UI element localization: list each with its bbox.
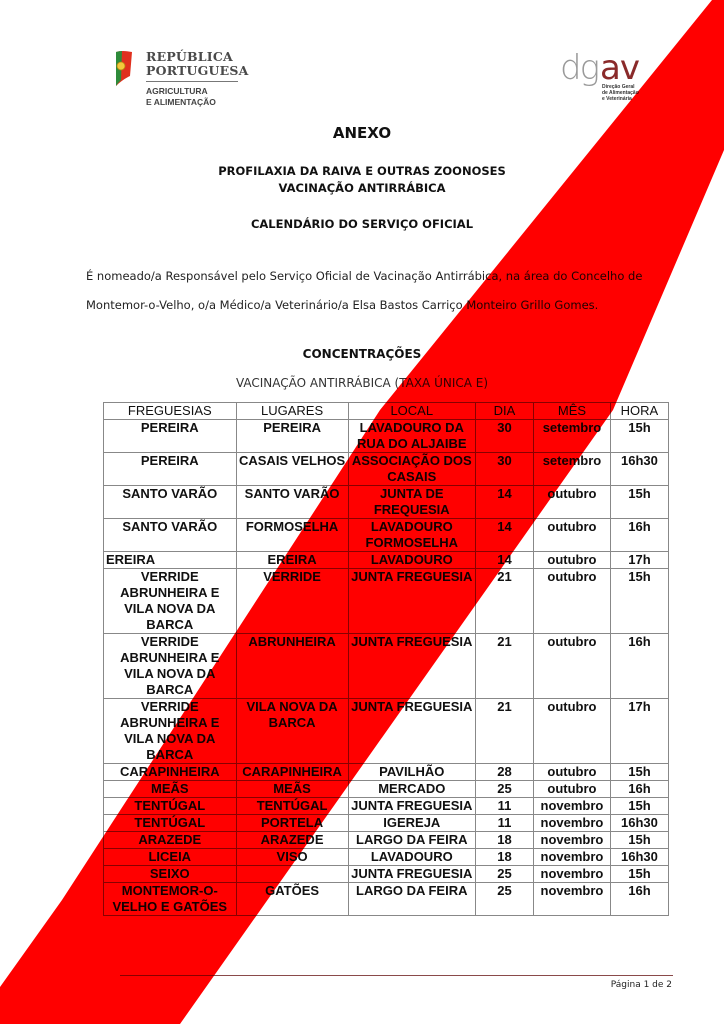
table-cell-freguesias: SEIXO bbox=[104, 866, 237, 883]
table-cell-hora: 16h bbox=[610, 883, 668, 916]
table-cell-mês: outubro bbox=[534, 699, 611, 764]
table-cell-mês: novembro bbox=[534, 832, 611, 849]
logo-line-2: PORTUGUESA bbox=[146, 64, 249, 78]
table-caption: VACINAÇÃO ANTIRRÁBICA (TAXA ÚNICA E) bbox=[0, 376, 724, 390]
table-cell-hora: 15h bbox=[610, 569, 668, 634]
dgav-logo: dg av Direção Geral de Alimentação e Vet… bbox=[560, 52, 670, 112]
table-cell-freguesias: VERRIDE ABRUNHEIRA E VILA NOVA DA BARCA bbox=[104, 569, 237, 634]
table-cell-local: JUNTA FREGUESIA bbox=[348, 569, 475, 634]
table-cell-hora: 16h bbox=[610, 781, 668, 798]
table-cell-dia: 11 bbox=[475, 798, 533, 815]
schedule-table: FREGUESIASLUGARESLOCALDIAMÊSHORA PEREIRA… bbox=[103, 402, 669, 916]
table-cell-freguesias: PEREIRA bbox=[104, 420, 237, 453]
table-cell-local: JUNTA FREGUESIA bbox=[348, 866, 475, 883]
column-header-local: LOCAL bbox=[348, 403, 475, 420]
column-header-hora: HORA bbox=[610, 403, 668, 420]
column-header-mês: MÊS bbox=[534, 403, 611, 420]
column-header-lugares: LUGARES bbox=[236, 403, 348, 420]
nomination-paragraph: É nomeado/a Responsável pelo Serviço Ofi… bbox=[86, 262, 686, 320]
table-cell-freguesias: VERRIDE ABRUNHEIRA E VILA NOVA DA BARCA bbox=[104, 634, 237, 699]
table-cell-local: LARGO DA FEIRA bbox=[348, 883, 475, 916]
table-row: TENTÚGALPORTELAIGEREJA11novembro16h30 bbox=[104, 815, 669, 832]
table-header-row: FREGUESIASLUGARESLOCALDIAMÊSHORA bbox=[104, 403, 669, 420]
dgav-subtitle: Direção Geral de Alimentação e Veterinár… bbox=[602, 84, 639, 102]
table-cell-dia: 21 bbox=[475, 634, 533, 699]
dgav-av: av bbox=[600, 48, 639, 88]
table-cell-hora: 16h30 bbox=[610, 453, 668, 486]
table-row: PEREIRAPEREIRALAVADOURO DA RUA DO ALJAIB… bbox=[104, 420, 669, 453]
table-cell-freguesias: PEREIRA bbox=[104, 453, 237, 486]
document-title: ANEXO bbox=[0, 124, 724, 142]
table-cell-lugares: CASAIS VELHOS bbox=[236, 453, 348, 486]
table-row: VERRIDE ABRUNHEIRA E VILA NOVA DA BARCAA… bbox=[104, 634, 669, 699]
table-cell-dia: 14 bbox=[475, 552, 533, 569]
table-cell-lugares: CARAPINHEIRA bbox=[236, 764, 348, 781]
table-cell-hora: 15h bbox=[610, 832, 668, 849]
table-row: LICEIAVISOLAVADOURO18novembro16h30 bbox=[104, 849, 669, 866]
page-number: Página 1 de 2 bbox=[611, 980, 672, 990]
table-cell-freguesias: VERRIDE ABRUNHEIRA E VILA NOVA DA BARCA bbox=[104, 699, 237, 764]
table-row: MEÃSMEÃSMERCADO25outubro16h bbox=[104, 781, 669, 798]
table-cell-local: JUNTA DE FREQUESIA bbox=[348, 486, 475, 519]
table-cell-freguesias: ARAZEDE bbox=[104, 832, 237, 849]
logo-title: REPÚBLICA PORTUGUESA bbox=[146, 50, 249, 78]
column-header-freguesias: FREGUESIAS bbox=[104, 403, 237, 420]
table-cell-local: JUNTA FREGUESIA bbox=[348, 634, 475, 699]
table-cell-freguesias: SANTO VARÃO bbox=[104, 486, 237, 519]
table-row: ARAZEDEARAZEDELARGO DA FEIRA18novembro15… bbox=[104, 832, 669, 849]
table-cell-local: ASSOCIAÇÃO DOS CASAIS bbox=[348, 453, 475, 486]
table-cell-dia: 28 bbox=[475, 764, 533, 781]
table-row: VERRIDE ABRUNHEIRA E VILA NOVA DA BARCAV… bbox=[104, 569, 669, 634]
table-cell-dia: 14 bbox=[475, 486, 533, 519]
table-cell-freguesias: SANTO VARÃO bbox=[104, 519, 237, 552]
table-cell-lugares: ARAZEDE bbox=[236, 832, 348, 849]
table-cell-lugares: VISO bbox=[236, 849, 348, 866]
table-cell-hora: 15h bbox=[610, 486, 668, 519]
table-cell-freguesias: TENTÚGAL bbox=[104, 798, 237, 815]
table-cell-mês: novembro bbox=[534, 849, 611, 866]
table-cell-dia: 25 bbox=[475, 866, 533, 883]
table-cell-dia: 11 bbox=[475, 815, 533, 832]
table-row: SANTO VARÃOSANTO VARÃOJUNTA DE FREQUESIA… bbox=[104, 486, 669, 519]
logo-line-1: REPÚBLICA bbox=[146, 50, 249, 64]
table-cell-hora: 17h bbox=[610, 699, 668, 764]
table-cell-dia: 30 bbox=[475, 420, 533, 453]
table-row: EREIRAEREIRALAVADOURO14outubro17h bbox=[104, 552, 669, 569]
table-cell-mês: outubro bbox=[534, 552, 611, 569]
table-cell-hora: 15h bbox=[610, 764, 668, 781]
table-cell-mês: novembro bbox=[534, 815, 611, 832]
table-cell-hora: 16h bbox=[610, 519, 668, 552]
logo-divider bbox=[146, 81, 238, 82]
table-row: SANTO VARÃOFORMOSELHALAVADOURO FORMOSELH… bbox=[104, 519, 669, 552]
table-cell-hora: 15h bbox=[610, 866, 668, 883]
table-cell-lugares bbox=[236, 866, 348, 883]
republica-portuguesa-logo: REPÚBLICA PORTUGUESA AGRICULTURA E ALIME… bbox=[108, 46, 248, 118]
table-cell-lugares: ABRUNHEIRA bbox=[236, 634, 348, 699]
table-row: MONTEMOR-O-VELHO E GATÕESGATÕESLARGO DA … bbox=[104, 883, 669, 916]
table-row: VERRIDE ABRUNHEIRA E VILA NOVA DA BARCAV… bbox=[104, 699, 669, 764]
table-cell-dia: 30 bbox=[475, 453, 533, 486]
table-cell-mês: novembro bbox=[534, 866, 611, 883]
table-cell-lugares: SANTO VARÃO bbox=[236, 486, 348, 519]
table-cell-freguesias: LICEIA bbox=[104, 849, 237, 866]
table-cell-lugares: VILA NOVA DA BARCA bbox=[236, 699, 348, 764]
table-cell-dia: 25 bbox=[475, 781, 533, 798]
logo-subtitle: AGRICULTURA E ALIMENTAÇÃO bbox=[146, 86, 216, 108]
table-cell-mês: novembro bbox=[534, 798, 611, 815]
table-cell-local: IGEREJA bbox=[348, 815, 475, 832]
table-cell-lugares: PEREIRA bbox=[236, 420, 348, 453]
table-cell-local: MERCADO bbox=[348, 781, 475, 798]
logo-line-3: AGRICULTURA bbox=[146, 86, 216, 97]
table-cell-freguesias: EREIRA bbox=[104, 552, 237, 569]
subtitle-vacinacao: VACINAÇÃO ANTIRRÁBICA bbox=[0, 180, 724, 197]
table-cell-freguesias: TENTÚGAL bbox=[104, 815, 237, 832]
table-cell-lugares: TENTÚGAL bbox=[236, 798, 348, 815]
table-cell-mês: outubro bbox=[534, 569, 611, 634]
table-cell-lugares: MEÃS bbox=[236, 781, 348, 798]
table-cell-mês: outubro bbox=[534, 764, 611, 781]
table-cell-dia: 25 bbox=[475, 883, 533, 916]
table-cell-mês: setembro bbox=[534, 420, 611, 453]
table-cell-local: LAVADOURO bbox=[348, 849, 475, 866]
table-cell-hora: 16h bbox=[610, 634, 668, 699]
column-header-dia: DIA bbox=[475, 403, 533, 420]
table-cell-dia: 18 bbox=[475, 849, 533, 866]
subtitle-calendario: CALENDÁRIO DO SERVIÇO OFICIAL bbox=[0, 216, 724, 233]
table-cell-dia: 21 bbox=[475, 569, 533, 634]
table-cell-lugares: FORMOSELHA bbox=[236, 519, 348, 552]
table-cell-lugares: PORTELA bbox=[236, 815, 348, 832]
table-cell-local: LAVADOURO FORMOSELHA bbox=[348, 519, 475, 552]
table-cell-freguesias: MEÃS bbox=[104, 781, 237, 798]
dgav-dg: dg bbox=[560, 48, 598, 88]
table-cell-dia: 21 bbox=[475, 699, 533, 764]
table-cell-local: LAVADOURO bbox=[348, 552, 475, 569]
table-row: PEREIRACASAIS VELHOSASSOCIAÇÃO DOS CASAI… bbox=[104, 453, 669, 486]
paragraph-line-2: Montemor-o-Velho, o/a Médico/a Veterinár… bbox=[86, 291, 686, 320]
table-cell-local: PAVILHÃO bbox=[348, 764, 475, 781]
table-row: SEIXOJUNTA FREGUESIA25novembro15h bbox=[104, 866, 669, 883]
table-cell-hora: 16h30 bbox=[610, 815, 668, 832]
table-cell-mês: outubro bbox=[534, 781, 611, 798]
table-cell-freguesias: CARAPINHEIRA bbox=[104, 764, 237, 781]
table-cell-mês: outubro bbox=[534, 486, 611, 519]
table-cell-lugares: GATÕES bbox=[236, 883, 348, 916]
table-cell-freguesias: MONTEMOR-O-VELHO E GATÕES bbox=[104, 883, 237, 916]
table-cell-dia: 18 bbox=[475, 832, 533, 849]
table-cell-hora: 17h bbox=[610, 552, 668, 569]
dgav-sub-3: e Veterinária bbox=[602, 96, 639, 102]
table-row: TENTÚGALTENTÚGALJUNTA FREGUESIA11novembr… bbox=[104, 798, 669, 815]
table-cell-hora: 16h30 bbox=[610, 849, 668, 866]
section-title: CONCENTRAÇÕES bbox=[0, 347, 724, 361]
table-cell-local: JUNTA FREGUESIA bbox=[348, 798, 475, 815]
table-cell-mês: outubro bbox=[534, 519, 611, 552]
table-cell-local: LARGO DA FEIRA bbox=[348, 832, 475, 849]
table-cell-local: LAVADOURO DA RUA DO ALJAIBE bbox=[348, 420, 475, 453]
subtitle-profilaxia: PROFILAXIA DA RAIVA E OUTRAS ZOONOSES bbox=[0, 163, 724, 180]
table-cell-dia: 14 bbox=[475, 519, 533, 552]
table-cell-hora: 15h bbox=[610, 420, 668, 453]
table-row: CARAPINHEIRACARAPINHEIRAPAVILHÃO28outubr… bbox=[104, 764, 669, 781]
portugal-flag-icon bbox=[112, 50, 134, 88]
table-cell-lugares: VERRIDE bbox=[236, 569, 348, 634]
table-cell-lugares: EREIRA bbox=[236, 552, 348, 569]
table-cell-mês: novembro bbox=[534, 883, 611, 916]
table-cell-hora: 15h bbox=[610, 798, 668, 815]
table-cell-mês: outubro bbox=[534, 634, 611, 699]
logo-line-4: E ALIMENTAÇÃO bbox=[146, 97, 216, 108]
table-cell-mês: setembro bbox=[534, 453, 611, 486]
footer-divider bbox=[120, 975, 673, 976]
paragraph-line-1: É nomeado/a Responsável pelo Serviço Ofi… bbox=[86, 262, 686, 291]
table-cell-local: JUNTA FREGUESIA bbox=[348, 699, 475, 764]
